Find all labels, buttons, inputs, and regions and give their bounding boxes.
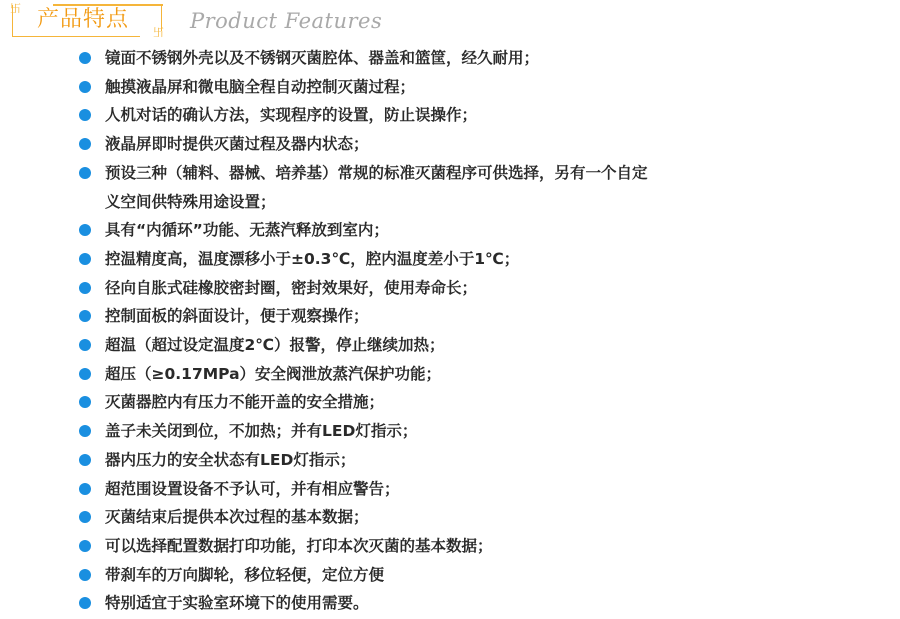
feature-text: 人机对话的确认方法，实现程序的设置，防止误操作； [105,106,477,124]
feature-list: 镜面不锈钢外壳以及不锈钢灭菌腔体、器盖和篮筐，经久耐用； 触摸液晶屏和微电脑全程… [0,44,900,618]
feature-text: 镜面不锈钢外壳以及不锈钢灭菌腔体、器盖和篮筐，经久耐用； [105,49,539,67]
feature-text: 预设三种（辅料、器械、培养基）常规的标准灭菌程序可供选择，另有一个自定 [105,164,648,182]
feature-item: 灭菌器腔内有压力不能开盖的安全措施； [0,388,785,417]
feature-item: 触摸液晶屏和微电脑全程自动控制灭菌过程； [0,73,785,102]
feature-text: 灭菌结束后提供本次过程的基本数据； [105,508,369,526]
bullet-dot-icon [79,454,91,466]
feature-item: 人机对话的确认方法，实现程序的设置，防止误操作； [0,101,785,130]
bullet-dot-icon [79,511,91,523]
feature-item: 径向自胀式硅橡胶密封圈，密封效果好，使用寿命长； [0,274,785,303]
feature-text: 带刹车的万向脚轮，移位轻便，定位方便 [105,566,384,584]
bullet-dot-icon [79,253,91,265]
section-header: 卐 卐 产品特点 Product Features [0,0,900,42]
feature-item: 可以选择配置数据打印功能，打印本次灭菌的基本数据； [0,532,785,561]
feature-text: 器内压力的安全状态有LED灯指示； [105,451,355,469]
ornament-corner-icon: 卐 [153,27,164,38]
feature-text: 径向自胀式硅橡胶密封圈，密封效果好，使用寿命长； [105,279,477,297]
feature-text: 具有“内循环”功能、无蒸汽释放到室内； [105,221,389,239]
feature-text: 触摸液晶屏和微电脑全程自动控制灭菌过程； [105,78,415,96]
feature-item: 灭菌结束后提供本次过程的基本数据； [0,503,785,532]
bullet-dot-icon [79,396,91,408]
feature-text: 液晶屏即时提供灭菌过程及器内状态； [105,135,369,153]
feature-item: 控制面板的斜面设计，便于观察操作； [0,302,785,331]
bullet-dot-icon [79,540,91,552]
feature-text: 超温（超过设定温度2℃）报警，停止继续加热； [105,336,445,354]
feature-text: 控温精度高，温度漂移小于±0.3℃，腔内温度差小于1℃； [105,250,519,268]
bullet-dot-icon [79,167,91,179]
feature-text: 特别适宜于实验室环境下的使用需要。 [105,594,369,612]
feature-item: 预设三种（辅料、器械、培养基）常规的标准灭菌程序可供选择，另有一个自定义空间供特… [0,159,785,216]
bullet-dot-icon [79,52,91,64]
bullet-dot-icon [79,224,91,236]
bullet-dot-icon [79,339,91,351]
bullet-dot-icon [79,81,91,93]
feature-text: 盖子未关闭到位，不加热；并有LED灯指示； [105,422,417,440]
section-title-english: Product Features [190,8,382,34]
feature-text: 超压（≥0.17MPa）安全阀泄放蒸汽保护功能； [105,365,441,383]
feature-text: 可以选择配置数据打印功能，打印本次灭菌的基本数据； [105,537,493,555]
feature-item: 超温（超过设定温度2℃）报警，停止继续加热； [0,331,785,360]
bullet-dot-icon [79,310,91,322]
bullet-dot-icon [79,425,91,437]
bullet-dot-icon [79,368,91,380]
feature-item: 器内压力的安全状态有LED灯指示； [0,446,785,475]
bullet-dot-icon [79,138,91,150]
feature-text: 灭菌器腔内有压力不能开盖的安全措施； [105,393,384,411]
feature-text: 超范围设置设备不予认可，并有相应警告； [105,480,400,498]
bullet-dot-icon [79,109,91,121]
feature-item: 具有“内循环”功能、无蒸汽释放到室内； [0,216,785,245]
feature-item: 盖子未关闭到位，不加热；并有LED灯指示； [0,417,785,446]
feature-item: 液晶屏即时提供灭菌过程及器内状态； [0,130,785,159]
feature-item: 超范围设置设备不予认可，并有相应警告； [0,475,785,504]
bullet-dot-icon [79,282,91,294]
feature-text-continuation: 义空间供特殊用途设置； [105,188,785,217]
section-title-chinese: 产品特点 [37,6,129,34]
feature-item: 超压（≥0.17MPa）安全阀泄放蒸汽保护功能； [0,360,785,389]
ornament-corner-icon: 卐 [10,3,21,14]
feature-item: 镜面不锈钢外壳以及不锈钢灭菌腔体、器盖和篮筐，经久耐用； [0,44,785,73]
feature-text: 控制面板的斜面设计，便于观察操作； [105,307,369,325]
feature-item: 特别适宜于实验室环境下的使用需要。 [0,589,785,618]
feature-item: 带刹车的万向脚轮，移位轻便，定位方便 [0,561,785,590]
bullet-dot-icon [79,569,91,581]
bullet-dot-icon [79,483,91,495]
bullet-dot-icon [79,597,91,609]
feature-item: 控温精度高，温度漂移小于±0.3℃，腔内温度差小于1℃； [0,245,785,274]
